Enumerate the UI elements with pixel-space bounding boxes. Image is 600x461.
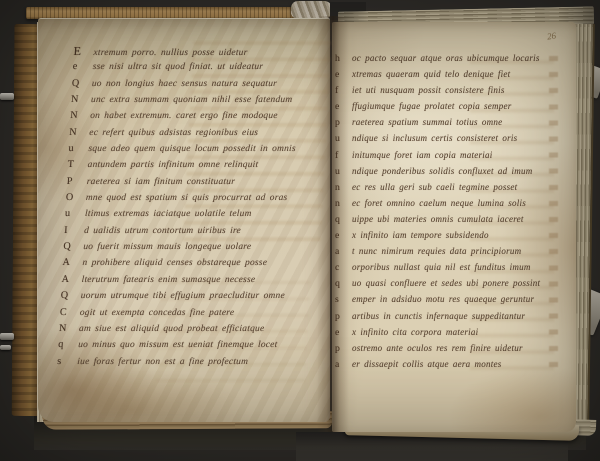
versal-initial: I (64, 223, 85, 239)
verse-line: nec res ulla geri sub caeli tegmine poss… (335, 179, 563, 195)
versal-initial: N (59, 321, 80, 337)
verse-text: oc pacto sequar atque oras ubicumque loc… (352, 50, 540, 66)
verse-text: am siue est aliquid quod probeat efficia… (79, 321, 265, 337)
verse-text: emper in adsiduo motu res quaeque gerunt… (352, 291, 534, 307)
clasp-pin-bottom-2 (0, 345, 11, 350)
verse-line: Cogit ut exempta concedas fine patere (59, 305, 300, 321)
verse-line: Alterutrum fatearis enim sumasque necess… (61, 272, 302, 288)
verse-line: ex infinito cita corpora materiai (335, 324, 563, 340)
verse-text: mne quod est spatium si quis procurrat a… (85, 190, 287, 206)
verse-line: postremo ante oculos res rem finire uide… (335, 340, 563, 356)
versal-initial: Q (60, 288, 81, 304)
verse-text: t nunc nimirum requies data principiorum (352, 243, 521, 259)
verse-text: ogit ut exempta concedas fine patere (79, 305, 234, 321)
verse-text: ndique si inclusum certis consisteret or… (352, 130, 517, 146)
versal-initial: e (72, 59, 93, 75)
versal-initial: T (67, 157, 88, 173)
verse-text: sque adeo quem quisque locum possedit in… (88, 141, 296, 157)
verse-line: fiet uti nusquam possit consistere finis (335, 82, 563, 98)
verse-line: Quorum utrumque tibi effugium praecludit… (60, 288, 301, 304)
versal-initial: e (335, 67, 352, 83)
verse-line: Quo fuerit missum mauis longeque uolare (63, 239, 304, 255)
clasp-pin-bottom (0, 333, 14, 340)
verse-text: raeterea spatium summai totius omne (352, 114, 502, 130)
versal-initial: p (335, 341, 352, 357)
versal-initial: e (335, 325, 352, 341)
verse-line: quo quasi confluere et sedes ubi ponere … (335, 275, 563, 291)
versal-initial: p (335, 309, 352, 325)
versal-initial: N (70, 108, 91, 124)
versal-initial: u (68, 141, 89, 157)
verse-text: d ualidis utrum contortum uiribus ire (84, 223, 242, 239)
verse-text: artibus in cunctis infernaque suppeditan… (352, 308, 525, 324)
verse-line: praeterea spatium summai totius omne (335, 114, 563, 130)
verse-line: undique si inclusum certis consisteret o… (335, 130, 563, 146)
verse-line: ex infinito iam tempore subsidendo (335, 227, 563, 243)
versal-initial: P (66, 174, 87, 190)
verse-line: extremas quaeram quid telo denique fiet (335, 66, 563, 82)
verse-text: ltimus extremas iaciatque uolatile telum (85, 206, 252, 222)
verse-line: Tantundem partis infinitum omne relinqui… (67, 157, 308, 173)
verse-line: hoc pacto sequar atque oras ubicumque lo… (335, 50, 563, 66)
verse-text: ostremo ante oculos res rem finire uidet… (352, 340, 523, 356)
verse-text: n prohibere aliquid censes obstareque po… (82, 255, 267, 271)
versal-initial: u (335, 164, 352, 180)
versal-initial: N (71, 92, 92, 108)
verse-line: finitumque foret iam copia materiai (335, 147, 563, 163)
versal-initial: C (59, 305, 80, 321)
verse-text: iue foras fertur non est a fine profectu… (77, 354, 249, 370)
versal-initial: A (62, 255, 83, 271)
verse-line: An prohibere aliquid censes obstareque p… (62, 255, 303, 271)
verse-text: x infinito cita corpora materiai (352, 324, 478, 340)
clasp-pin-top (0, 93, 14, 100)
verse-text: xtremas quaeram quid telo denique fiet (352, 66, 510, 82)
verse-text: ec res ulla geri sub caeli tegmine posse… (352, 179, 517, 195)
verse-text: on habet extremum. caret ergo fine modoq… (90, 108, 278, 124)
manuscript-photo: Extremum porro. nullius posse uideturess… (0, 0, 600, 461)
verse-text: uorum utrumque tibi effugium praecluditu… (80, 288, 285, 304)
versal-initial: a (335, 357, 352, 373)
versal-initial: f (335, 83, 352, 99)
versal-initial: s (335, 292, 352, 308)
verse-text: raeterea si iam finitum constituatur (86, 174, 235, 190)
verse-text: er dissaepit collis atque aera montes (352, 356, 502, 372)
verse-text: uo quasi confluere et sedes ubi ponere p… (352, 275, 540, 291)
left-page: Extremum porro. nullius posse uideturess… (38, 18, 330, 422)
versal-initial: A (61, 272, 82, 288)
left-text-column: Extremum porro. nullius posse uideturess… (57, 43, 314, 370)
versal-initial: a (335, 244, 352, 260)
verse-text: uippe ubi materies omnis cumulata iacere… (352, 211, 524, 227)
versal-initial: N (69, 125, 90, 141)
verse-text: orporibus nullast quia nil est funditus … (352, 259, 531, 275)
verse-text: ndique ponderibus solidis confluxet ad i… (352, 163, 533, 179)
versal-initial: q (335, 276, 352, 292)
versal-initial: O (65, 190, 86, 206)
verse-line: siue foras fertur non est a fine profect… (57, 354, 298, 370)
verse-line: effugiumque fugae prolatet copia semper (335, 98, 563, 114)
verse-line: esse nisi ultra sit quod finiat. ut uide… (72, 59, 313, 75)
verse-line: Id ualidis utrum contortum uiribus ire (64, 223, 305, 239)
versal-initial: e (335, 99, 352, 115)
verse-text: ec foret omnino caelum neque lumina soli… (352, 195, 526, 211)
verse-line: Non habet extremum. caret ergo fine modo… (70, 108, 311, 124)
verse-line: aer dissaepit collis atque aera montes (335, 356, 563, 372)
versal-initial: p (335, 115, 352, 131)
verse-text: unc extra summam quoniam nihil esse fate… (91, 92, 293, 108)
verse-text: sse nisi ultra sit quod finiat. ut uidea… (92, 59, 263, 75)
versal-initial: u (65, 206, 86, 222)
versal-initial: u (335, 131, 352, 147)
versal-initial: c (335, 260, 352, 276)
verse-line: Praeterea si iam finitum constituatur (66, 174, 307, 190)
verse-line: Nam siue est aliquid quod probeat effici… (59, 321, 300, 337)
versal-initial: n (335, 196, 352, 212)
endband-knot (291, 1, 333, 19)
verse-line: Omne quod est spatium si quis procurrat … (65, 190, 306, 206)
verse-line: usque adeo quem quisque locum possedit i… (68, 141, 309, 157)
verse-text: ffugiumque fugae prolatet copia semper (352, 98, 512, 114)
verse-line: quippe ubi materies omnis cumulata iacer… (335, 211, 563, 227)
versal-initial: q (58, 337, 79, 353)
verse-line: quo minus quo missum est ueniat finemque… (58, 337, 299, 353)
versal-initial: e (335, 228, 352, 244)
verse-text: x infinito iam tempore subsidendo (352, 227, 489, 243)
versal-initial: s (57, 354, 78, 370)
right-text-column: hoc pacto sequar atque oras ubicumque lo… (335, 50, 563, 372)
verse-line: semper in adsiduo motu res quaeque gerun… (335, 291, 563, 307)
versal-initial: q (335, 212, 352, 228)
verse-line: ultimus extremas iaciatque uolatile telu… (65, 206, 306, 222)
versal-initial: Q (63, 239, 84, 255)
verse-line: Extremum porro. nullius posse uidetur (73, 43, 314, 59)
verse-text: uo minus quo missum est ueniat finemque … (78, 337, 278, 353)
verse-line: nec foret omnino caelum neque lumina sol… (335, 195, 563, 211)
versal-initial: f (335, 148, 352, 164)
verse-text: ec refert quibus adsistas regionibus eiu… (89, 125, 259, 141)
verse-line: at nunc nimirum requies data principioru… (335, 243, 563, 259)
folio-number: 26 (546, 30, 556, 41)
verse-text: initumque foret iam copia materiai (352, 147, 493, 163)
versal-initial: n (335, 180, 352, 196)
verse-line: corporibus nullast quia nil est funditus… (335, 259, 563, 275)
verse-text: antundem partis infinitum omne relinquit (87, 157, 259, 173)
verse-line: undique ponderibus solidis confluxet ad … (335, 163, 563, 179)
verse-text: iet uti nusquam possit consistere finis (352, 82, 505, 98)
right-page: 26 hoc pacto sequar atque oras ubicumque… (332, 22, 576, 432)
verse-line: Quo non longius haec sensus natura sequa… (71, 76, 312, 92)
verse-line: partibus in cunctis infernaque suppedita… (335, 308, 563, 324)
verse-text: lterutrum fatearis enim sumasque necesse (81, 272, 256, 288)
versal-initial: E (73, 43, 94, 59)
verse-text: uo non longius haec sensus natura sequat… (91, 76, 277, 92)
verse-line: Nec refert quibus adsistas regionibus ei… (69, 125, 310, 141)
verse-line: Nunc extra summam quoniam nihil esse fat… (71, 92, 312, 108)
verse-text: uo fuerit missum mauis longeque uolare (83, 239, 252, 255)
versal-initial: h (335, 51, 352, 67)
versal-initial: Q (71, 76, 92, 92)
